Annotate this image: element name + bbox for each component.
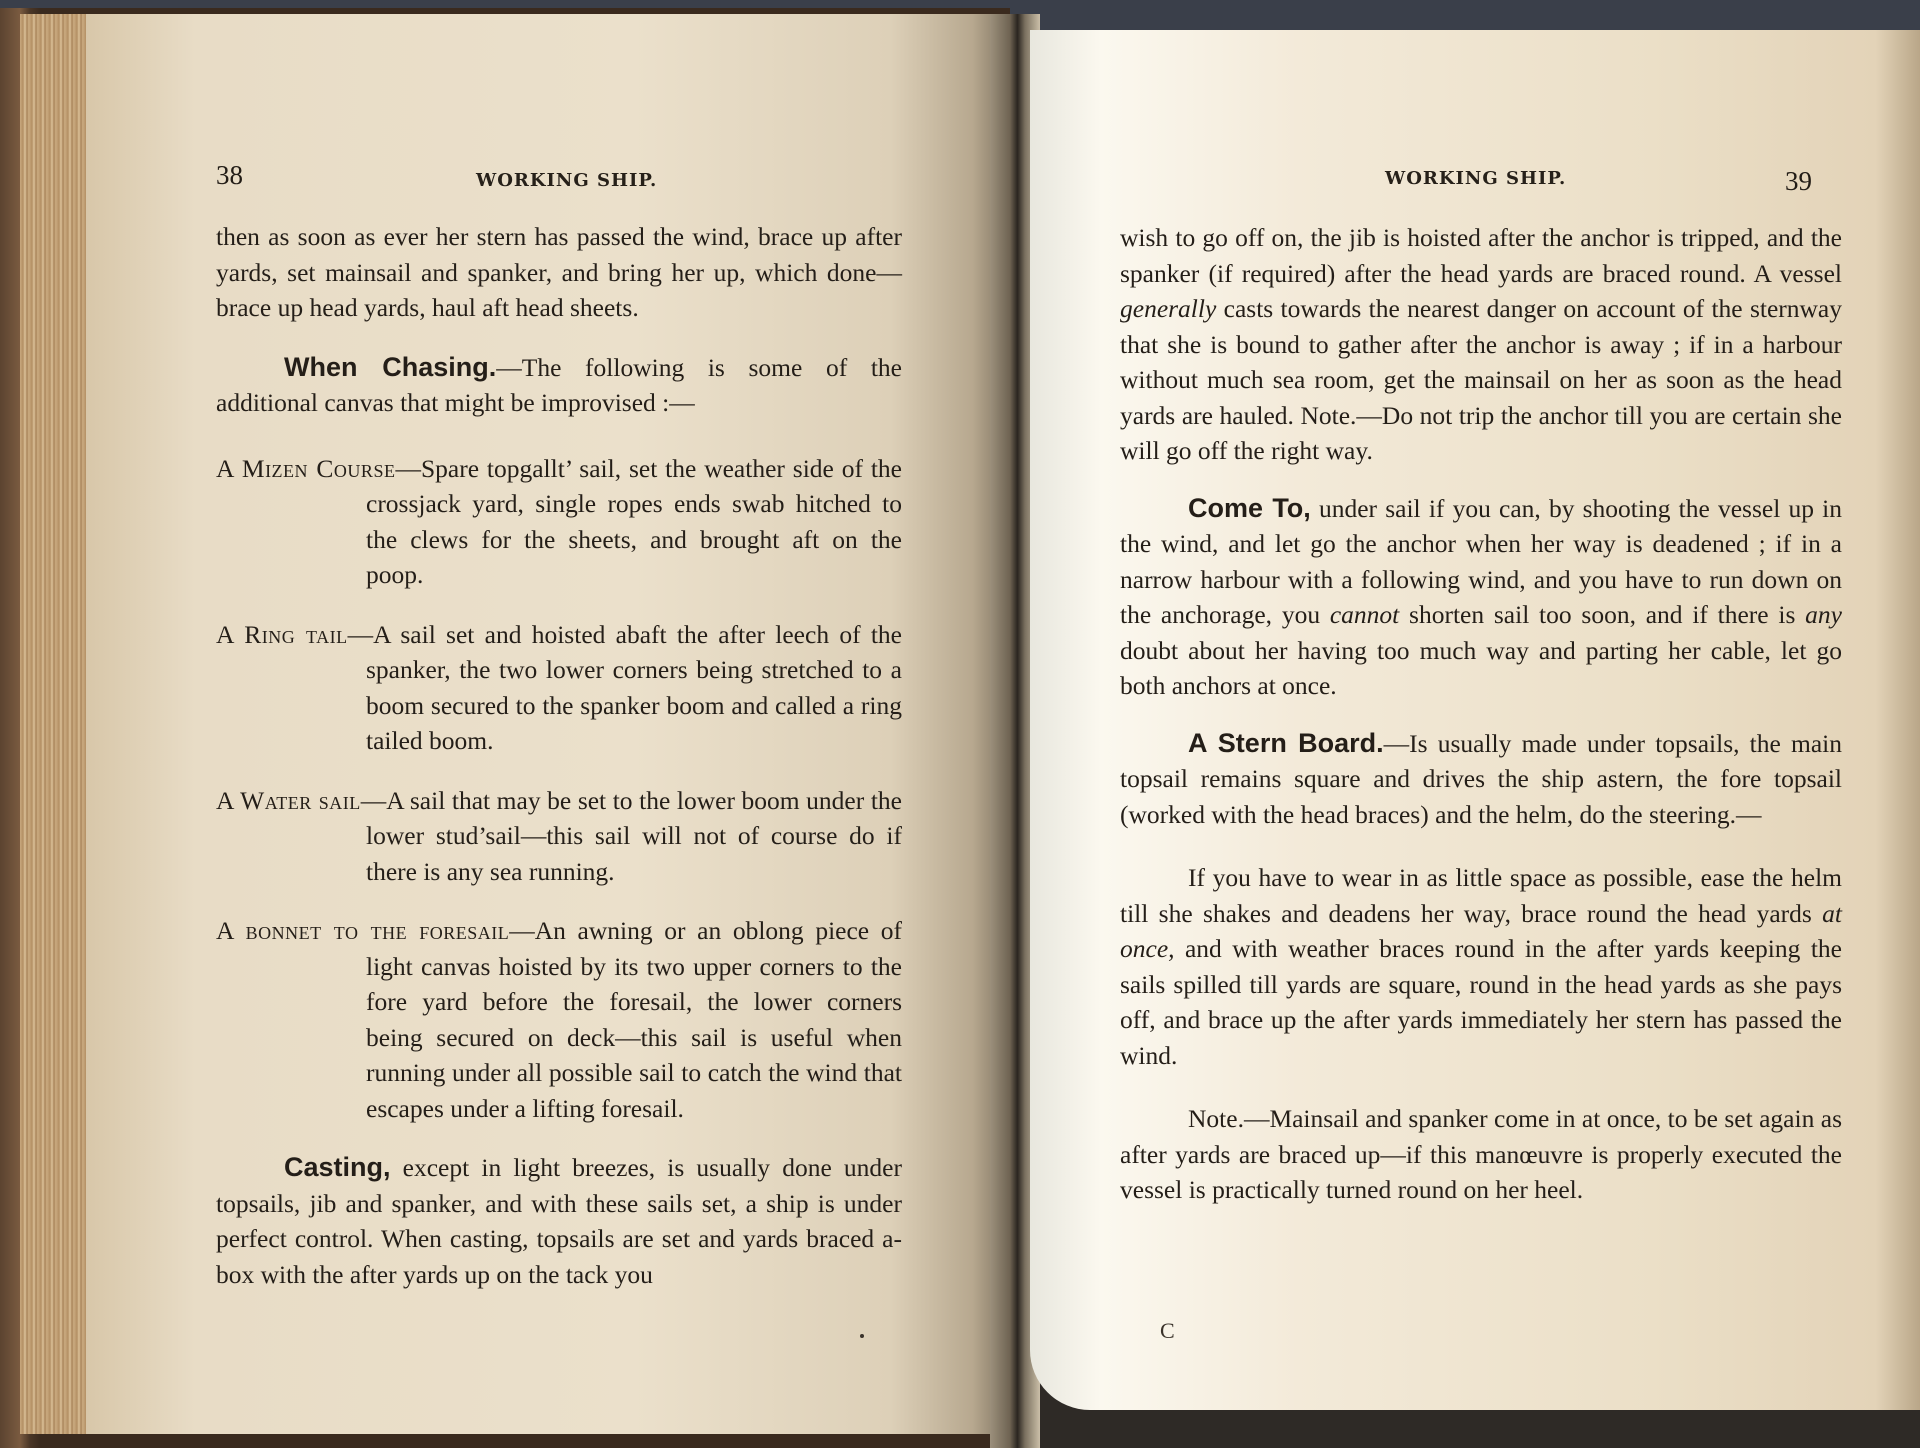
paragraph-stern-board: A Stern Board.—Is usually made under top… bbox=[1120, 726, 1842, 833]
list-item-bonnet: A bonnet to the foresail—An awning or an… bbox=[216, 913, 902, 1126]
running-head-left: WORKING SHIP. bbox=[476, 170, 657, 191]
list-item-ring-tail: A Ring tail—A sail set and hoisted abaft… bbox=[216, 617, 902, 759]
section-heading: Casting, bbox=[284, 1152, 391, 1182]
signature-mark: C bbox=[1160, 1318, 1175, 1344]
left-page: 38 WORKING SHIP. then as soon as ever he… bbox=[86, 14, 1000, 1434]
item-term: A bonnet to the foresail bbox=[216, 916, 509, 945]
page-number-right: 39 bbox=[1785, 166, 1812, 197]
ink-speck bbox=[860, 1334, 864, 1338]
paragraph-note: Note.—Mainsail and spanker come in at on… bbox=[1120, 1101, 1842, 1208]
right-page-body: wish to go off on, the jib is hoisted af… bbox=[1120, 220, 1842, 1208]
paragraph-come-to: Come To, under sail if you can, by shoot… bbox=[1120, 491, 1842, 704]
running-head-right: WORKING SHIP. bbox=[1385, 168, 1566, 189]
section-heading: When Chasing. bbox=[284, 352, 496, 382]
left-page-body: then as soon as ever her stern has passe… bbox=[216, 219, 902, 1292]
paragraph-casting: Casting, except in light breezes, is usu… bbox=[216, 1150, 902, 1292]
paragraph-when-chasing: When Chasing.—The following is some of t… bbox=[216, 350, 902, 421]
list-item-water-sail: A Water sail—A sail that may be set to t… bbox=[216, 783, 902, 890]
section-heading: Come To, bbox=[1188, 493, 1311, 523]
item-term: A Ring tail bbox=[216, 620, 348, 649]
paragraph-wear: If you have to wear in as little space a… bbox=[1120, 860, 1842, 1073]
list-item-mizen-course: A Mizen Course—Spare topgallt’ sail, set… bbox=[216, 451, 902, 593]
item-term: A Water sail bbox=[216, 786, 361, 815]
item-term: A Mizen Course bbox=[216, 454, 395, 483]
section-heading: A Stern Board. bbox=[1188, 728, 1384, 758]
page-number-left: 38 bbox=[216, 160, 243, 191]
paragraph: wish to go off on, the jib is hoisted af… bbox=[1120, 220, 1842, 469]
right-page: WORKING SHIP. 39 wish to go off on, the … bbox=[1030, 30, 1920, 1410]
paragraph: then as soon as ever her stern has passe… bbox=[216, 219, 902, 326]
page-edges bbox=[20, 14, 90, 1434]
